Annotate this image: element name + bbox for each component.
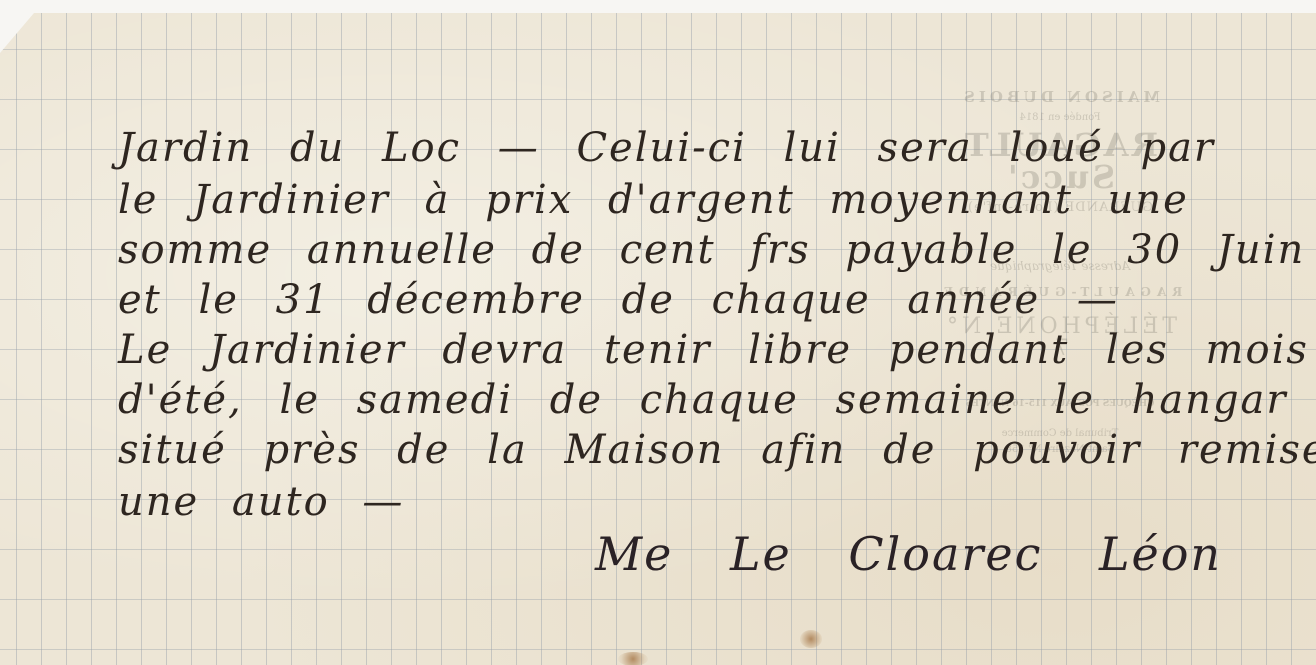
text-line: Jardin du Loc — Celui-ci lui sera loué p… xyxy=(118,128,1215,168)
text-line: le Jardinier à prix d'argent moyennant u… xyxy=(118,180,1189,220)
text-line: situé près de la Maison afin de pouvoir … xyxy=(118,430,1316,470)
text-line: une auto — xyxy=(118,482,404,522)
text-line: d'été, le samedi de chaque semaine le ha… xyxy=(118,380,1288,420)
signature: Me Le Cloarec Léon xyxy=(595,527,1222,581)
text-line: et le 31 décembre de chaque année — xyxy=(118,280,1119,320)
text-line: somme annuelle de cent frs payable le 30… xyxy=(118,230,1305,270)
text-line: Le Jardinier devra tenir libre pendant l… xyxy=(118,330,1309,370)
handwritten-letter: Jardin du Loc — Celui-ci lui sera loué p… xyxy=(0,0,1316,665)
